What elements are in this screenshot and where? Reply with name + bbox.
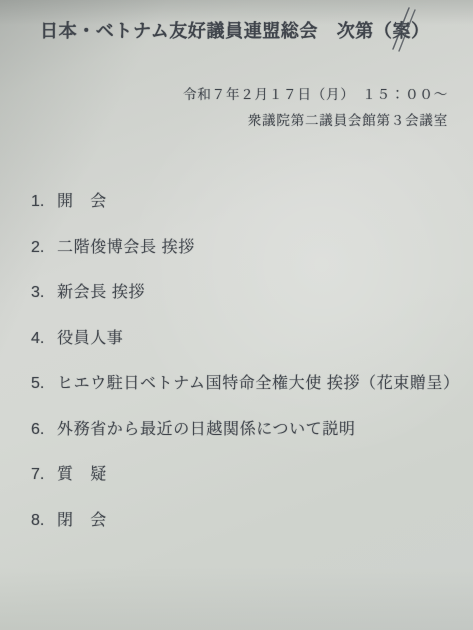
agenda-item-text: ヒエウ駐日ベトナム国特命全権大使 挨拶（花束贈呈） <box>57 375 460 393</box>
agenda-item-text: 二階俊博会長 挨拶 <box>57 239 195 257</box>
agenda-item: 3. 新会長 挨拶 <box>31 284 463 302</box>
page-title: 日本・ベトナム友好議員連盟総会 次第（案 ） <box>40 21 430 41</box>
agenda-item-number: 2. <box>31 239 57 257</box>
meeting-venue: 衆議院第二議員会館第３会議室 <box>183 108 448 134</box>
agenda-item-text: 開 会 <box>57 193 107 211</box>
agenda-item-text: 質 疑 <box>57 466 107 484</box>
agenda-item: 7. 質 疑 <box>31 466 463 484</box>
agenda-item-text: 新会長 挨拶 <box>57 284 145 302</box>
meeting-meta: 令和７年２月１７日（月） １５：００～ 衆議院第二議員会館第３会議室 <box>183 82 448 134</box>
agenda-item-number: 3. <box>31 284 57 302</box>
page-title-prefix: 日本・ベトナム友好議員連盟総会 次第（ <box>40 21 393 41</box>
agenda-item-text: 外務省から最近の日越関係について説明 <box>57 421 355 439</box>
agenda-item: 8. 閉 会 <box>31 512 463 530</box>
agenda-item-number: 1. <box>31 193 57 211</box>
agenda-item-text: 閉 会 <box>57 512 107 530</box>
agenda-item-number: 8. <box>31 512 57 530</box>
agenda-item: 6. 外務省から最近の日越関係について説明 <box>31 421 463 439</box>
meeting-datetime: 令和７年２月１７日（月） １５：００～ <box>183 82 448 108</box>
agenda-item-number: 6. <box>31 421 57 439</box>
agenda-item: 2. 二階俊博会長 挨拶 <box>31 239 463 257</box>
draft-char: 案 <box>393 21 412 41</box>
agenda-item-number: 5. <box>31 375 57 393</box>
agenda-list: 1. 開 会 2. 二階俊博会長 挨拶 3. 新会長 挨拶 4. 役員人事 5.… <box>31 193 463 530</box>
draft-marker: 案 <box>393 21 412 41</box>
agenda-item-number: 4. <box>31 330 57 348</box>
page-title-suffix: ） <box>411 21 430 41</box>
agenda-item: 1. 開 会 <box>31 193 463 211</box>
agenda-item-number: 7. <box>31 466 57 484</box>
agenda-item: 4. 役員人事 <box>31 330 463 348</box>
agenda-document-photo: 日本・ベトナム友好議員連盟総会 次第（案 ） 令和７年２月１７日（月） １５：０… <box>0 0 473 630</box>
agenda-item-text: 役員人事 <box>57 330 123 348</box>
agenda-item: 5. ヒエウ駐日ベトナム国特命全権大使 挨拶（花束贈呈） <box>31 375 463 393</box>
